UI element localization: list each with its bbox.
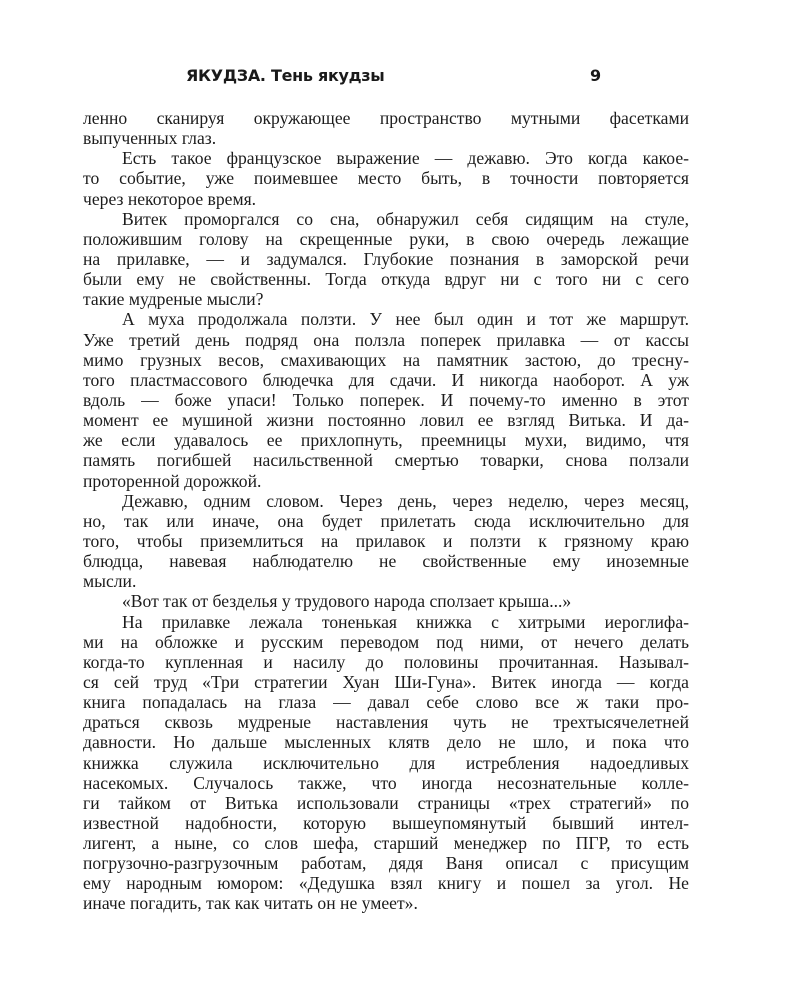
text-line: Витек проморгался со сна, обнаружил себя… (83, 209, 689, 229)
text-line: погрузочно-разгрузочным работам, дядя Ва… (83, 853, 689, 873)
text-line: книга попадалась на глаза — давал себе с… (83, 692, 689, 712)
text-line: ся сей труд «Три стратегии Хуан Ши-Гуна»… (83, 672, 689, 692)
text-line: Есть такое французское выражение — дежав… (83, 148, 689, 168)
text-line: мысли. (83, 571, 689, 591)
text-line: книжка служила исключительно для истребл… (83, 753, 689, 773)
text-line: вдоль — боже упаси! Только поперек. И по… (83, 390, 689, 410)
text-line: положившим голову на скрещенные руки, в … (83, 229, 689, 249)
text-line: блюдца, навевая наблюдателю не свойствен… (83, 551, 689, 571)
running-head: ЯКУДЗА. Тень якудзы 9 (186, 66, 606, 90)
text-line: память погибшей насильственной смертью т… (83, 450, 689, 470)
text-line: На прилавке лежала тоненькая книжка с хи… (83, 612, 689, 632)
text-line: через некоторое время. (83, 189, 689, 209)
text-line: были ему не свойственны. Тогда откуда вд… (83, 269, 689, 289)
text-line: ми на обложке и русским переводом под ни… (83, 632, 689, 652)
text-line: когда-то купленная и насилу до половины … (83, 652, 689, 672)
text-line: же если удавалось ее прихлопнуть, преемн… (83, 430, 689, 450)
body-text: ленно сканируя окружающее пространство м… (83, 108, 689, 914)
text-line: «Вот так от безделья у трудового народа … (83, 591, 689, 611)
text-line: лигент, а ныне, со слов шефа, старший ме… (83, 833, 689, 853)
text-line: того, чтобы приземлиться на прилавок и п… (83, 531, 689, 551)
text-line: иначе погадить, так как читать он не уме… (83, 893, 689, 913)
text-line: того пластмассового блюдечка для сдачи. … (83, 370, 689, 390)
text-line: Дежавю, одним словом. Через день, через … (83, 491, 689, 511)
text-line: давности. Но дальше мысленных клятв дело… (83, 732, 689, 752)
text-line: такие мудреные мысли? (83, 289, 689, 309)
text-line: ему народным юмором: «Дедушка взял книгу… (83, 873, 689, 893)
text-line: ленно сканируя окружающее пространство м… (83, 108, 689, 128)
text-line: насекомых. Случалось также, что иногда н… (83, 773, 689, 793)
text-line: ги тайком от Витька использовали страниц… (83, 793, 689, 813)
text-line: А муха продолжала ползти. У нее был один… (83, 309, 689, 329)
text-line: мимо грузных весов, смахивающих на памят… (83, 350, 689, 370)
text-line: Уже третий день подряд она ползла попере… (83, 330, 689, 350)
text-line: момент ее мушиной жизни постоянно ловил … (83, 410, 689, 430)
text-line: на прилавке, — и задумался. Глубокие поз… (83, 249, 689, 269)
text-line: выпученных глаз. (83, 128, 689, 148)
text-line: но, так или иначе, она будет прилетать с… (83, 511, 689, 531)
text-line: то событие, уже поимевшее место быть, в … (83, 168, 689, 188)
text-line: известной надобности, которую вышеупомян… (83, 813, 689, 833)
running-title: ЯКУДЗА. Тень якудзы (186, 66, 384, 85)
book-page: ЯКУДЗА. Тень якудзы 9 ленно сканируя окр… (0, 0, 800, 1000)
page-number: 9 (590, 66, 601, 85)
text-line: драться сквозь мудреные наставления чуть… (83, 712, 689, 732)
text-line: проторенной дорожкой. (83, 471, 689, 491)
